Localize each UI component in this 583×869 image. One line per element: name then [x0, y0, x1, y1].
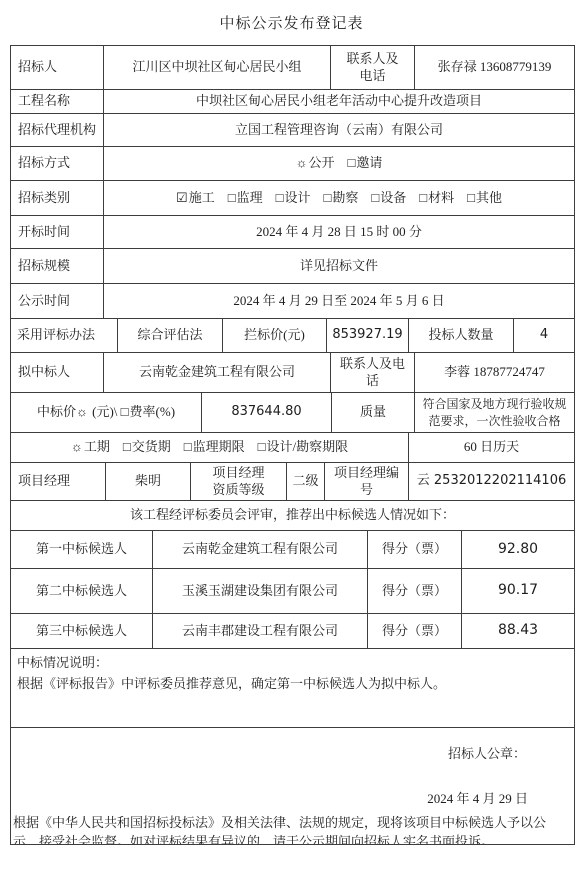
radio-selected-icon: ☼ [76, 404, 88, 420]
bidder-contact-label: 联系人及电话 [331, 46, 415, 89]
row-win-price: 中标价☼ (元)\ □费率(%) 837644.80 质量 符合国家及地方现行验… [11, 393, 574, 433]
bidder-label: 招标人 [11, 46, 104, 89]
category-option-survey: □勘察 [323, 190, 358, 206]
explanation-cell: 中标情况说明： 根据《评标报告》中评标委员推荐意见，确定第一中标候选人为拟中标人… [11, 649, 574, 727]
checkbox-checked-icon: ☑ [176, 190, 188, 205]
manager-name: 柴明 [106, 463, 191, 500]
duration-options: ☼工期 □交货期 □监理期限 □设计/勘察期限 [11, 433, 409, 462]
row-explanation: 中标情况说明： 根据《评标报告》中评标委员推荐意见，确定第一中标候选人为拟中标人… [11, 649, 574, 728]
scale-value: 详见招标文件 [104, 249, 574, 283]
row-footer: 招标人公章： 2024 年 4 月 29 日 根据《中华人民共和国招标投标法》及… [11, 728, 574, 844]
option-label: 设备 [380, 190, 406, 205]
win-price-label: 中标价☼ (元)\ □费率(%) [11, 393, 202, 432]
manager-id-value: 云 2532012202114106 [409, 463, 574, 500]
candidate-3-rank: 第三中标候选人 [11, 614, 153, 648]
candidate-1-company: 云南乾金建筑工程有限公司 [153, 531, 368, 568]
candidate-3-score: 88.43 [462, 614, 574, 648]
manager-grade-label: 项目经理资质等级 [191, 463, 287, 500]
bid-method-option-invite: □邀请 [348, 155, 383, 171]
open-time-label: 开标时间 [11, 216, 104, 248]
bidder-count-label: 投标人数量 [409, 319, 514, 352]
radio-selected-icon: ☼ [296, 155, 308, 170]
option-label: 勘察 [332, 190, 358, 205]
checkbox-unchecked-icon: □ [371, 190, 379, 205]
review-note: 该工程经评标委员会评审，推荐出中标候选人情况如下： [11, 501, 574, 530]
manager-label: 项目经理 [11, 463, 106, 500]
checkbox-unchecked-icon: □ [184, 439, 192, 454]
candidate-1-score: 92.80 [462, 531, 574, 568]
evaluation-method-value: 综合评估法 [118, 319, 223, 352]
footer-date: 2024 年 4 月 29 日 [13, 765, 572, 810]
agency-label: 招标代理机构 [11, 114, 104, 146]
checkbox-unchecked-icon: □ [228, 190, 236, 205]
checkbox-unchecked-icon: □ [258, 439, 266, 454]
candidate-1-score-label: 得分（票） [368, 531, 462, 568]
checkbox-unchecked-icon: □ [276, 190, 284, 205]
row-agency: 招标代理机构 立国工程管理咨询（云南）有限公司 [11, 114, 574, 147]
checkbox-unchecked-icon: □ [121, 404, 129, 420]
duration-option-delivery: □交货期 [123, 439, 171, 455]
proposed-winner-contact-value: 李蓉 18787724747 [415, 353, 574, 392]
bid-category-options: ☑施工 □监理 □设计 □勘察 □设备 □材料 □其他 [104, 181, 574, 215]
row-candidate-2: 第二中标候选人 玉溪玉湖建设集团有限公司 得分（票） 90.17 [11, 569, 574, 614]
win-price-label-mid: (元)\ [89, 404, 121, 420]
registration-form-table: 招标人 江川区中坝社区甸心居民小组 联系人及电话 张存禄 13608779139… [10, 45, 575, 845]
duration-option-supervision-period: □监理期限 [184, 439, 245, 455]
row-evaluation: 采用评标办法 综合评估法 拦标价(元) 853927.19 投标人数量 4 [11, 319, 574, 353]
option-label: 设计 [284, 190, 310, 205]
option-label: 施工 [189, 190, 215, 205]
category-option-supervision: □监理 [228, 190, 263, 206]
win-price-value: 837644.80 [202, 393, 332, 432]
option-label: 公开 [309, 155, 335, 170]
proposed-winner-label: 拟中标人 [11, 353, 104, 392]
row-bidder: 招标人 江川区中坝社区甸心居民小组 联系人及电话 张存禄 13608779139 [11, 46, 574, 90]
duration-option-gongqi: ☼工期 [71, 439, 110, 455]
checkbox-unchecked-icon: □ [467, 190, 475, 205]
bidder-contact-value: 张存禄 13608779139 [415, 46, 574, 89]
proposed-winner-value: 云南乾金建筑工程有限公司 [104, 353, 331, 392]
bid-method-label: 招标方式 [11, 147, 104, 180]
row-manager: 项目经理 柴明 项目经理资质等级 二级 项目经理编号 云 25320122021… [11, 463, 574, 501]
ceiling-price-label: 拦标价(元) [223, 319, 327, 352]
proposed-winner-contact-label: 联系人及电话 [331, 353, 415, 392]
page-title: 中标公示发布登记表 [0, 12, 583, 33]
agency-value: 立国工程管理咨询（云南）有限公司 [104, 114, 574, 146]
win-price-label-prefix: 中标价 [37, 404, 76, 420]
candidate-2-score-label: 得分（票） [368, 569, 462, 613]
evaluation-label: 采用评标办法 [11, 319, 118, 352]
row-scale: 招标规模 详见招标文件 [11, 249, 574, 284]
bidder-count-value: 4 [514, 319, 574, 352]
quality-value: 符合国家及地方现行验收规范要求，一次性验收合格 [415, 393, 574, 432]
option-label: 其他 [476, 190, 502, 205]
option-label: 设计/勘察期限 [266, 439, 348, 454]
option-label: 监理期限 [193, 439, 245, 454]
footer-statement: 根据《中华人民共和国招标投标法》及相关法律、法规的规定，现将该项目中标候选人予以… [13, 810, 572, 844]
row-candidate-1: 第一中标候选人 云南乾金建筑工程有限公司 得分（票） 92.80 [11, 531, 574, 569]
row-duration: ☼工期 □交货期 □监理期限 □设计/勘察期限 60 日历天 [11, 433, 574, 463]
candidate-2-company: 玉溪玉湖建设集团有限公司 [153, 569, 368, 613]
bidder-value: 江川区中坝社区甸心居民小组 [104, 46, 331, 89]
row-bid-category: 招标类别 ☑施工 □监理 □设计 □勘察 □设备 □材料 □其他 [11, 181, 574, 216]
row-open-time: 开标时间 2024 年 4 月 28 日 15 时 00 分 [11, 216, 574, 249]
candidate-1-rank: 第一中标候选人 [11, 531, 153, 568]
row-proposed-winner: 拟中标人 云南乾金建筑工程有限公司 联系人及电话 李蓉 18787724747 [11, 353, 574, 393]
explanation-title: 中标情况说明： [17, 653, 568, 674]
option-label: 工期 [84, 439, 110, 454]
option-label: 材料 [428, 190, 454, 205]
candidate-3-score-label: 得分（票） [368, 614, 462, 648]
category-option-equipment: □设备 [371, 190, 406, 206]
seal-label: 招标人公章： [13, 728, 572, 765]
candidate-2-rank: 第二中标候选人 [11, 569, 153, 613]
publicity-time-value: 2024 年 4 月 29 日至 2024 年 5 月 6 日 [104, 284, 574, 318]
checkbox-unchecked-icon: □ [323, 190, 331, 205]
candidate-3-company: 云南丰郡建设工程有限公司 [153, 614, 368, 648]
duration-option-design-period: □设计/勘察期限 [258, 439, 348, 455]
checkbox-unchecked-icon: □ [348, 155, 356, 170]
publicity-time-label: 公示时间 [11, 284, 104, 318]
ceiling-price-value: 853927.19 [327, 319, 409, 352]
manager-id-label: 项目经理编号 [325, 463, 409, 500]
radio-selected-icon: ☼ [71, 439, 83, 454]
bid-method-option-open: ☼公开 [296, 155, 335, 171]
row-bid-method: 招标方式 ☼公开 □邀请 [11, 147, 574, 181]
category-option-construction: ☑施工 [176, 190, 215, 206]
document-page: 中标公示发布登记表 招标人 江川区中坝社区甸心居民小组 联系人及电话 张存禄 1… [0, 0, 583, 869]
checkbox-unchecked-icon: □ [123, 439, 131, 454]
candidate-2-score: 90.17 [462, 569, 574, 613]
project-name-label: 工程名称 [11, 90, 104, 113]
option-label: 邀请 [356, 155, 382, 170]
quality-label: 质量 [332, 393, 415, 432]
row-review-note: 该工程经评标委员会评审，推荐出中标候选人情况如下： [11, 501, 574, 531]
row-candidate-3: 第三中标候选人 云南丰郡建设工程有限公司 得分（票） 88.43 [11, 614, 574, 649]
project-name-value: 中坝社区甸心居民小组老年活动中心提升改造项目 [104, 90, 574, 113]
manager-grade-value: 二级 [287, 463, 325, 500]
win-price-label-suffix: 费率(%) [130, 404, 176, 420]
scale-label: 招标规模 [11, 249, 104, 283]
row-project-name: 工程名称 中坝社区甸心居民小组老年活动中心提升改造项目 [11, 90, 574, 114]
explanation-body: 根据《评标报告》中评标委员推荐意见，确定第一中标候选人为拟中标人。 [17, 674, 568, 695]
footer-cell: 招标人公章： 2024 年 4 月 29 日 根据《中华人民共和国招标投标法》及… [11, 728, 574, 844]
category-option-material: □材料 [419, 190, 454, 206]
duration-value: 60 日历天 [409, 433, 574, 462]
row-publicity-time: 公示时间 2024 年 4 月 29 日至 2024 年 5 月 6 日 [11, 284, 574, 319]
option-label: 监理 [237, 190, 263, 205]
category-option-other: □其他 [467, 190, 502, 206]
checkbox-unchecked-icon: □ [419, 190, 427, 205]
bid-method-options: ☼公开 □邀请 [104, 147, 574, 180]
option-label: 交货期 [132, 439, 171, 454]
category-option-design: □设计 [276, 190, 311, 206]
open-time-value: 2024 年 4 月 28 日 15 时 00 分 [104, 216, 574, 248]
bid-category-label: 招标类别 [11, 181, 104, 215]
